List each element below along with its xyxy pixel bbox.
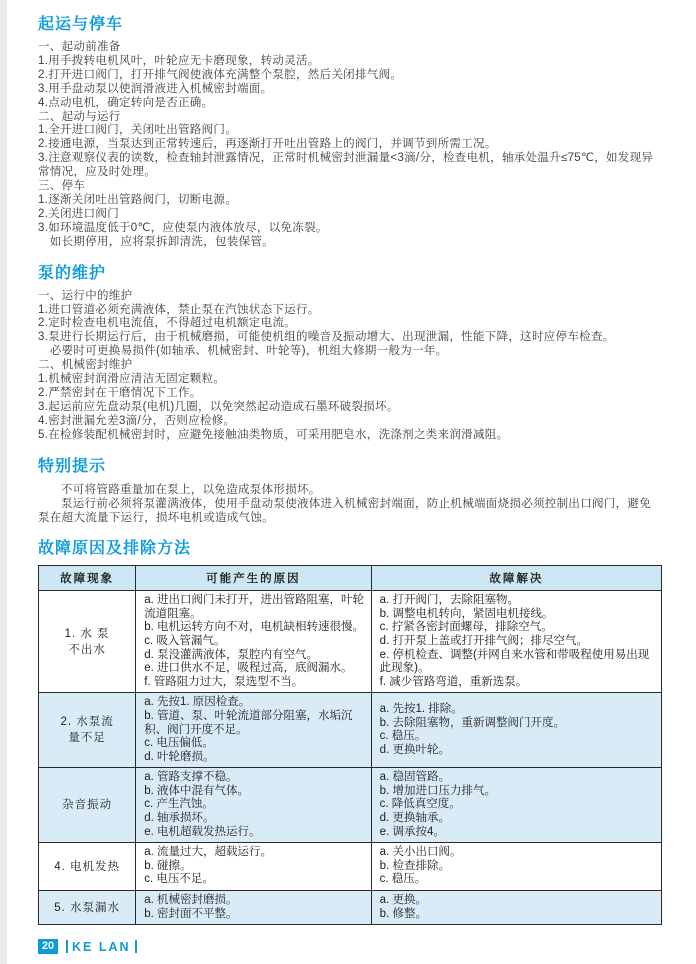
section-title-special-notice: 特别提示 — [38, 453, 662, 476]
solutions-cell: a. 更换。 b. 修整。 — [371, 891, 661, 925]
special-notice-paragraph-2: 泵运行前必须将泵灌满液体，使用手盘动泵使液体进入机械密封端面，防止机械端面烧损必… — [38, 497, 662, 525]
causes-cell: a. 先按1. 原因检查。 b. 管道、泵、叶轮流道部分阻塞，水垢沉积、阀门开度… — [136, 693, 371, 768]
document-page: 起运与停车 一、起动前准备 1.用手拨转电机风叶，叶轮应无卡磨现象，转动灵活。 … — [0, 0, 696, 964]
causes-cell: a. 流量过大，超载运行。 b. 碰擦。 c. 电压不足。 — [136, 843, 371, 891]
table-row-pump-leaking: 5. 水泵漏水 a. 机械密封磨损。 b. 密封面不平整。 a. 更换。 b. … — [39, 891, 662, 925]
pump-maintenance-text: 一、运行中的维护 1.进口管道必须充满液体，禁止泵在汽蚀状态下运行。 2.定时检… — [38, 290, 662, 443]
special-notice-paragraph-1: 不可将管路重量加在泵上，以免造成泵体形损坏。 — [38, 483, 662, 497]
causes-cell: a. 机械密封磨损。 b. 密封面不平整。 — [136, 891, 371, 925]
phenomenon-cell: 4. 电机发热 — [39, 843, 136, 891]
solutions-cell: a. 关小出口阀。 b. 检查排除。 c. 稳压。 — [371, 843, 661, 891]
brand-logo: KE LAN — [66, 940, 137, 954]
table-row-motor-overheating: 4. 电机发热 a. 流量过大，超载运行。 b. 碰擦。 c. 电压不足。 a.… — [39, 843, 662, 891]
brand-left-bar — [66, 940, 68, 953]
table-row-noise-vibration: 杂音振动 a. 管路支撑不稳。 b. 液体中混有气体。 c. 产生汽蚀。 d. … — [39, 768, 662, 843]
page-content: 起运与停车 一、起动前准备 1.用手拨转电机风叶，叶轮应无卡磨现象，转动灵活。 … — [0, 0, 696, 964]
table-row-insufficient-flow: 2. 水泵流 量不足 a. 先按1. 原因检查。 b. 管道、泵、叶轮流道部分阻… — [39, 693, 662, 768]
page-number: 20 — [38, 939, 58, 954]
header-fault-phenomenon: 故障现象 — [39, 566, 136, 591]
phenomenon-cell: 5. 水泵漏水 — [39, 891, 136, 925]
phenomenon-cell: 杂音振动 — [39, 768, 136, 843]
section-title-troubleshooting: 故障原因及排除方法 — [38, 535, 662, 558]
brand-name: KE LAN — [72, 940, 131, 954]
section-title-startup-shutdown: 起运与停车 — [38, 11, 662, 34]
causes-cell: a. 管路支撑不稳。 b. 液体中混有气体。 c. 产生汽蚀。 d. 轴承损坏。… — [136, 768, 371, 843]
fault-table: 故障现象 可能产生的原因 故障解决 1. 水 泵 不出水 a. 进出口阀门未打开… — [38, 565, 662, 925]
startup-shutdown-text: 一、起动前准备 1.用手拨转电机风叶，叶轮应无卡磨现象，转动灵活。 2.打开进口… — [38, 41, 662, 250]
fault-table-header-row: 故障现象 可能产生的原因 故障解决 — [39, 566, 662, 591]
solutions-cell: a. 先按1. 排除。 b. 去除阻塞物，重新调整阀门开度。 c. 稳压。 d.… — [371, 693, 661, 768]
phenomenon-cell: 2. 水泵流 量不足 — [39, 693, 136, 768]
brand-right-bar — [135, 940, 137, 953]
phenomenon-cell: 1. 水 泵 不出水 — [39, 591, 136, 693]
header-possible-causes: 可能产生的原因 — [136, 566, 371, 591]
page-left-edge — [0, 0, 7, 964]
table-row-pump-no-water: 1. 水 泵 不出水 a. 进出口阀门未打开，进出管路阻塞，叶轮流道阻塞。 b.… — [39, 591, 662, 693]
solutions-cell: a. 打开阀门，去除阻塞物。 b. 调整电机转向，紧固电机接线。 c. 拧紧各密… — [371, 591, 661, 693]
page-footer: 20 KE LAN — [38, 939, 662, 954]
section-title-pump-maintenance: 泵的维护 — [38, 260, 662, 283]
solutions-cell: a. 稳固管路。 b. 增加进口压力排气。 c. 降低真空度。 d. 更换轴承。… — [371, 768, 661, 843]
causes-cell: a. 进出口阀门未打开，进出管路阻塞，叶轮流道阻塞。 b. 电机运转方向不对，电… — [136, 591, 371, 693]
header-fault-solution: 故障解决 — [371, 566, 661, 591]
